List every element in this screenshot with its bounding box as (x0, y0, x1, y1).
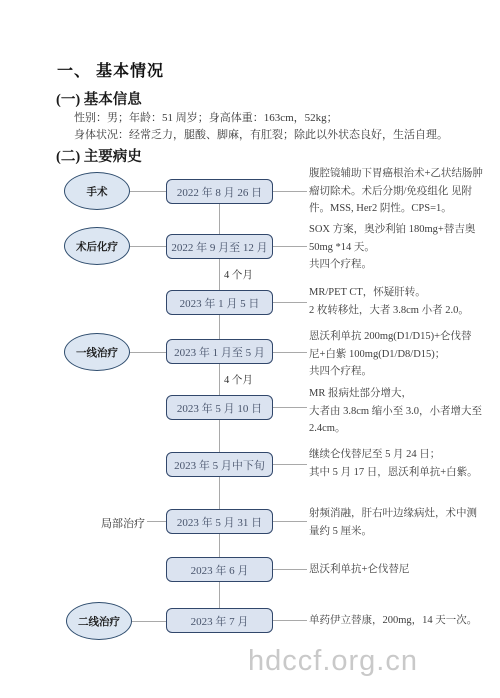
stage-description-row5: MR 报病灶部分增大， 大者由 3.8cm 缩小至 3.0，小者增大至 2.4c… (309, 385, 500, 438)
interval-label-1: 4 个月 (224, 267, 284, 282)
interval-label-2: 4 个月 (224, 372, 284, 387)
connector-line (273, 407, 307, 408)
stage-description-row7: 射频消融，肝右叶边缘病灶，术中测 量约 5 厘米。 (309, 505, 500, 540)
connector-line (273, 521, 307, 522)
timeline-vertical-line (219, 582, 220, 608)
connector-line (132, 621, 166, 622)
subsection-basic-info: (一) 基本信息 (56, 88, 142, 109)
date-box-row5: 2023 年 5 月 10 日 (166, 395, 273, 420)
date-box-row4: 2023 年 1 月至 5 月 (166, 339, 273, 364)
connector-line (147, 521, 166, 522)
timeline-vertical-line (219, 477, 220, 509)
patient-info-line-1: 性别：男；年龄：51 周岁；身高体重：163cm，52kg； (74, 109, 338, 125)
stage-description-row2: SOX 方案，奥沙利铂 180mg+替吉奥 50mg *14 天。 共四个疗程。 (309, 221, 500, 274)
timeline-vertical-line (219, 420, 220, 452)
stage-label: 二线治疗 (78, 614, 120, 629)
stage-node-second-line: 二线治疗 (66, 602, 132, 640)
stage-label: 手术 (87, 184, 108, 199)
date-box-row8: 2023 年 6 月 (166, 557, 273, 582)
connector-line (273, 191, 307, 192)
connector-line (273, 464, 307, 465)
stage-description-row3: MR/PET CT，怀疑肝转。 2 枚转移灶，大者 3.8cm 小者 2.0。 (309, 284, 500, 319)
stage-description-row6: 继续仑伐替尼至 5 月 24 日； 其中 5 月 17 日，恩沃利单抗+白紫。 (309, 446, 500, 481)
subsection-history: (二) 主要病史 (56, 145, 142, 166)
timeline-vertical-line (219, 364, 220, 395)
connector-line (273, 246, 307, 247)
stage-node-first-line: 一线治疗 (64, 333, 130, 371)
stage-description-row9: 单药伊立替康，200mg，14 天一次。 (309, 612, 500, 630)
date-box-row9: 2023 年 7 月 (166, 608, 273, 633)
stage-node-postop-chemo: 术后化疗 (64, 227, 130, 265)
stage-label-local-treatment: 局部治疗 (101, 515, 145, 531)
stage-label: 一线治疗 (76, 345, 118, 360)
stage-description-row8: 恩沃利单抗+仑伐替尼 (309, 561, 500, 579)
patient-info-line-2: 身体状况：经常乏力，腿酸、脚麻，有肛裂；除此以外状态良好，生活自理。 (74, 126, 448, 142)
date-box-row7: 2023 年 5 月 31 日 (166, 509, 273, 534)
connector-line (273, 569, 307, 570)
timeline-vertical-line (219, 534, 220, 557)
connector-line (130, 246, 166, 247)
watermark-text: hdccf.org.cn (248, 645, 418, 678)
timeline-vertical-line (219, 259, 220, 290)
stage-description-row4: 恩沃利单抗 200mg(D1/D15)+仑伐替 尼+白紫 100mg(D1/D8… (309, 328, 500, 381)
connector-line (130, 352, 166, 353)
stage-label: 术后化疗 (76, 239, 118, 254)
date-box-row3: 2023 年 1 月 5 日 (166, 290, 273, 315)
connector-line (130, 191, 166, 192)
connector-line (273, 620, 307, 621)
connector-line (273, 302, 307, 303)
date-box-row2: 2022 年 9 月至 12 月 (166, 234, 273, 259)
date-box-row1: 2022 年 8 月 26 日 (166, 179, 273, 204)
section-title: 一、 基本情况 (57, 58, 164, 81)
document-page: 一、 基本情况 (一) 基本信息 性别：男；年龄：51 周岁；身高体重：163c… (0, 0, 500, 698)
date-box-row6: 2023 年 5 月中下旬 (166, 452, 273, 477)
timeline-vertical-line (219, 204, 220, 234)
stage-node-surgery: 手术 (64, 172, 130, 210)
stage-description-row1: 腹腔镜辅助下胃癌根治术+乙状结肠肿 瘤切除术。术后分期/免疫组化 见附 件。MS… (309, 165, 500, 218)
connector-line (273, 352, 307, 353)
timeline-vertical-line (219, 315, 220, 339)
